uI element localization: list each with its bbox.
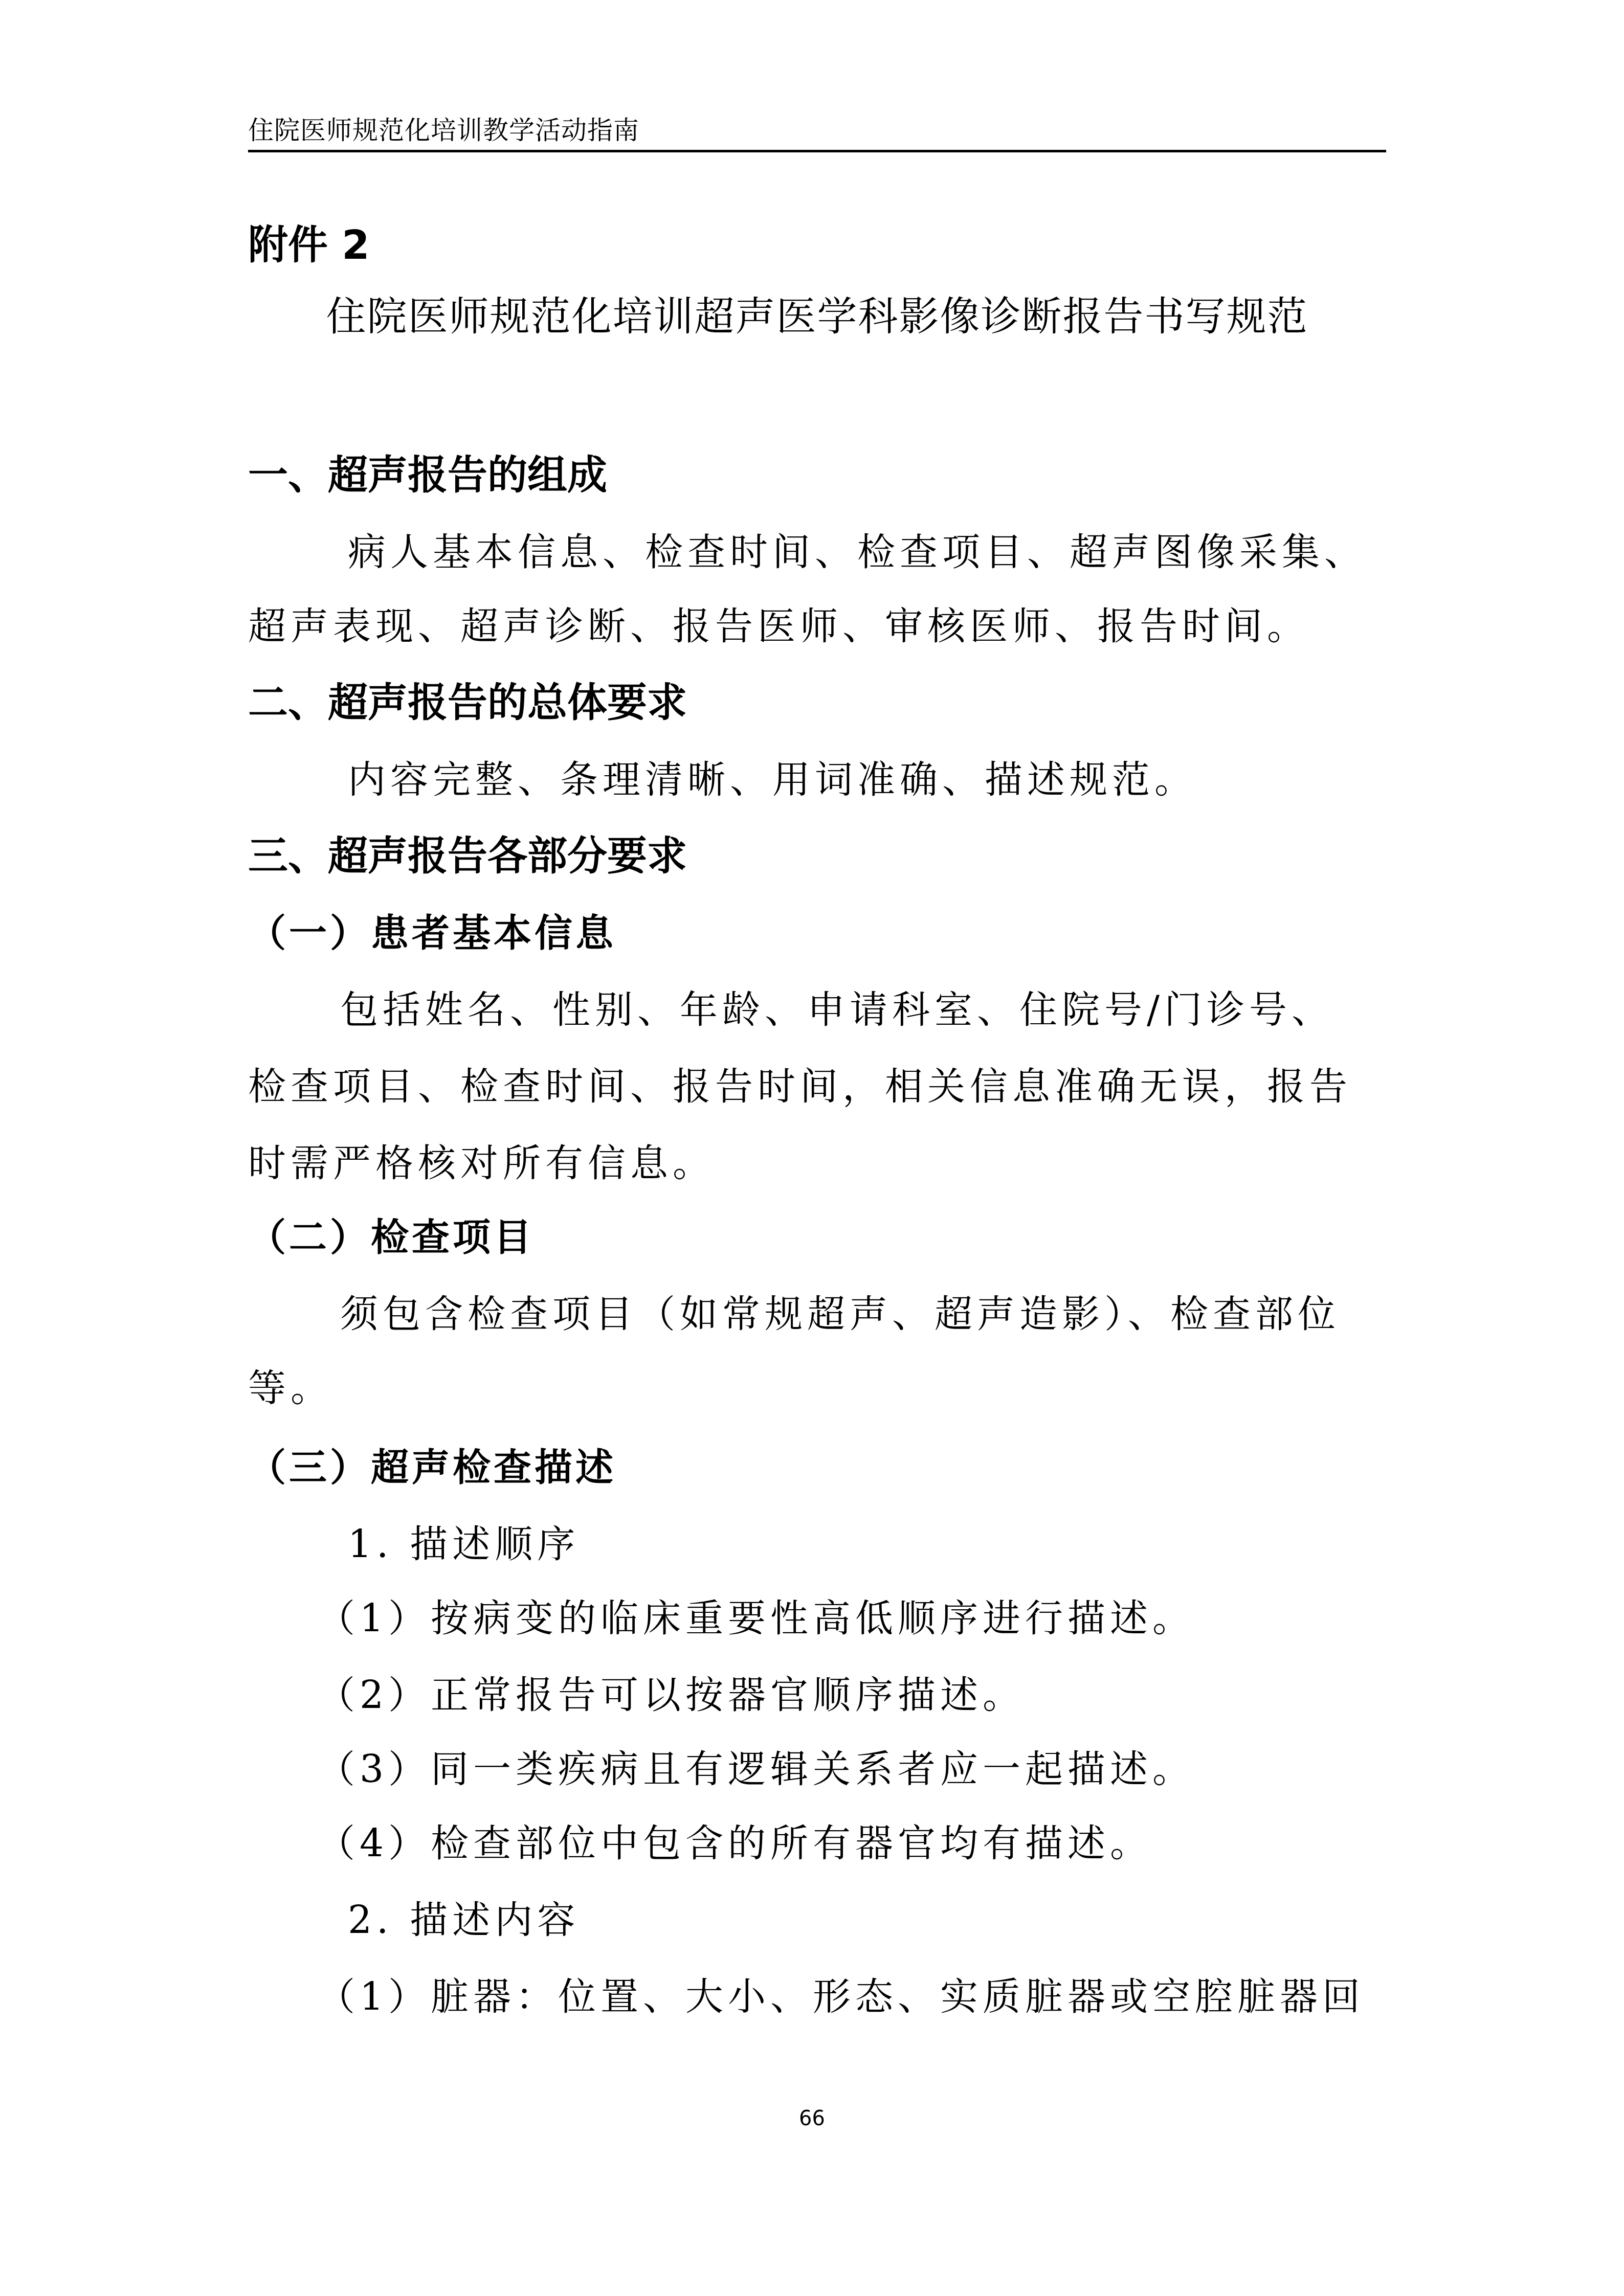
- paragraph-line: 等。: [248, 1365, 1386, 1411]
- list-item: （2）正常报告可以按器官顺序描述。: [317, 1672, 1455, 1718]
- paragraph-line: 须包含检查项目（如常规超声、超声造影）、检查部位: [340, 1291, 1478, 1337]
- document-title: 住院医师规范化培训超声医学科影像诊断报告书写规范: [248, 294, 1386, 340]
- subsection-heading-exam-items: （二）检查项目: [248, 1214, 1386, 1260]
- list-item: （1）脏器：位置、大小、形态、实质脏器或空腔脏器回: [317, 1974, 1455, 2020]
- running-header: 住院医师规范化培训教学活动指南: [248, 115, 639, 146]
- paragraph-line: 内容完整、条理清晰、用词准确、描述规范。: [348, 757, 1486, 803]
- paragraph-line: 检查项目、检查时间、报告时间，相关信息准确无误，报告: [248, 1064, 1386, 1110]
- paragraph-line: 时需严格核对所有信息。: [248, 1140, 1386, 1186]
- header-divider: [248, 150, 1386, 152]
- page-number: 66: [0, 2106, 1624, 2131]
- list-item: （3）同一类疾病且有逻辑关系者应一起描述。: [317, 1746, 1455, 1792]
- document-page: 住院医师规范化培训教学活动指南 附件 2 住院医师规范化培训超声医学科影像诊断报…: [0, 0, 1624, 2296]
- subsection-heading-patient-info: （一）患者基本信息: [248, 910, 1386, 956]
- appendix-label: 附件 2: [248, 222, 369, 268]
- list-item: （1）按病变的临床重要性高低顺序进行描述。: [317, 1595, 1455, 1641]
- paragraph-line: 超声表现、超声诊断、报告医师、审核医师、报告时间。: [248, 603, 1386, 649]
- paragraph-line: 病人基本信息、检查时间、检查项目、超声图像采集、: [348, 529, 1486, 575]
- section-heading-general-requirements: 二、超声报告的总体要求: [248, 680, 1386, 726]
- section-heading-part-requirements: 三、超声报告各部分要求: [248, 834, 1386, 880]
- paragraph-line: 包括姓名、性别、年龄、申请科室、住院号/门诊号、: [340, 987, 1478, 1033]
- subsection-heading-exam-description: （三）超声检查描述: [248, 1445, 1386, 1491]
- list-item: （4）检查部位中包含的所有器官均有描述。: [317, 1820, 1455, 1866]
- item-heading-description-content: 2. 描述内容: [348, 1897, 1486, 1943]
- item-heading-description-order: 1. 描述顺序: [348, 1521, 1486, 1567]
- section-heading-composition: 一、超声报告的组成: [248, 453, 1386, 499]
